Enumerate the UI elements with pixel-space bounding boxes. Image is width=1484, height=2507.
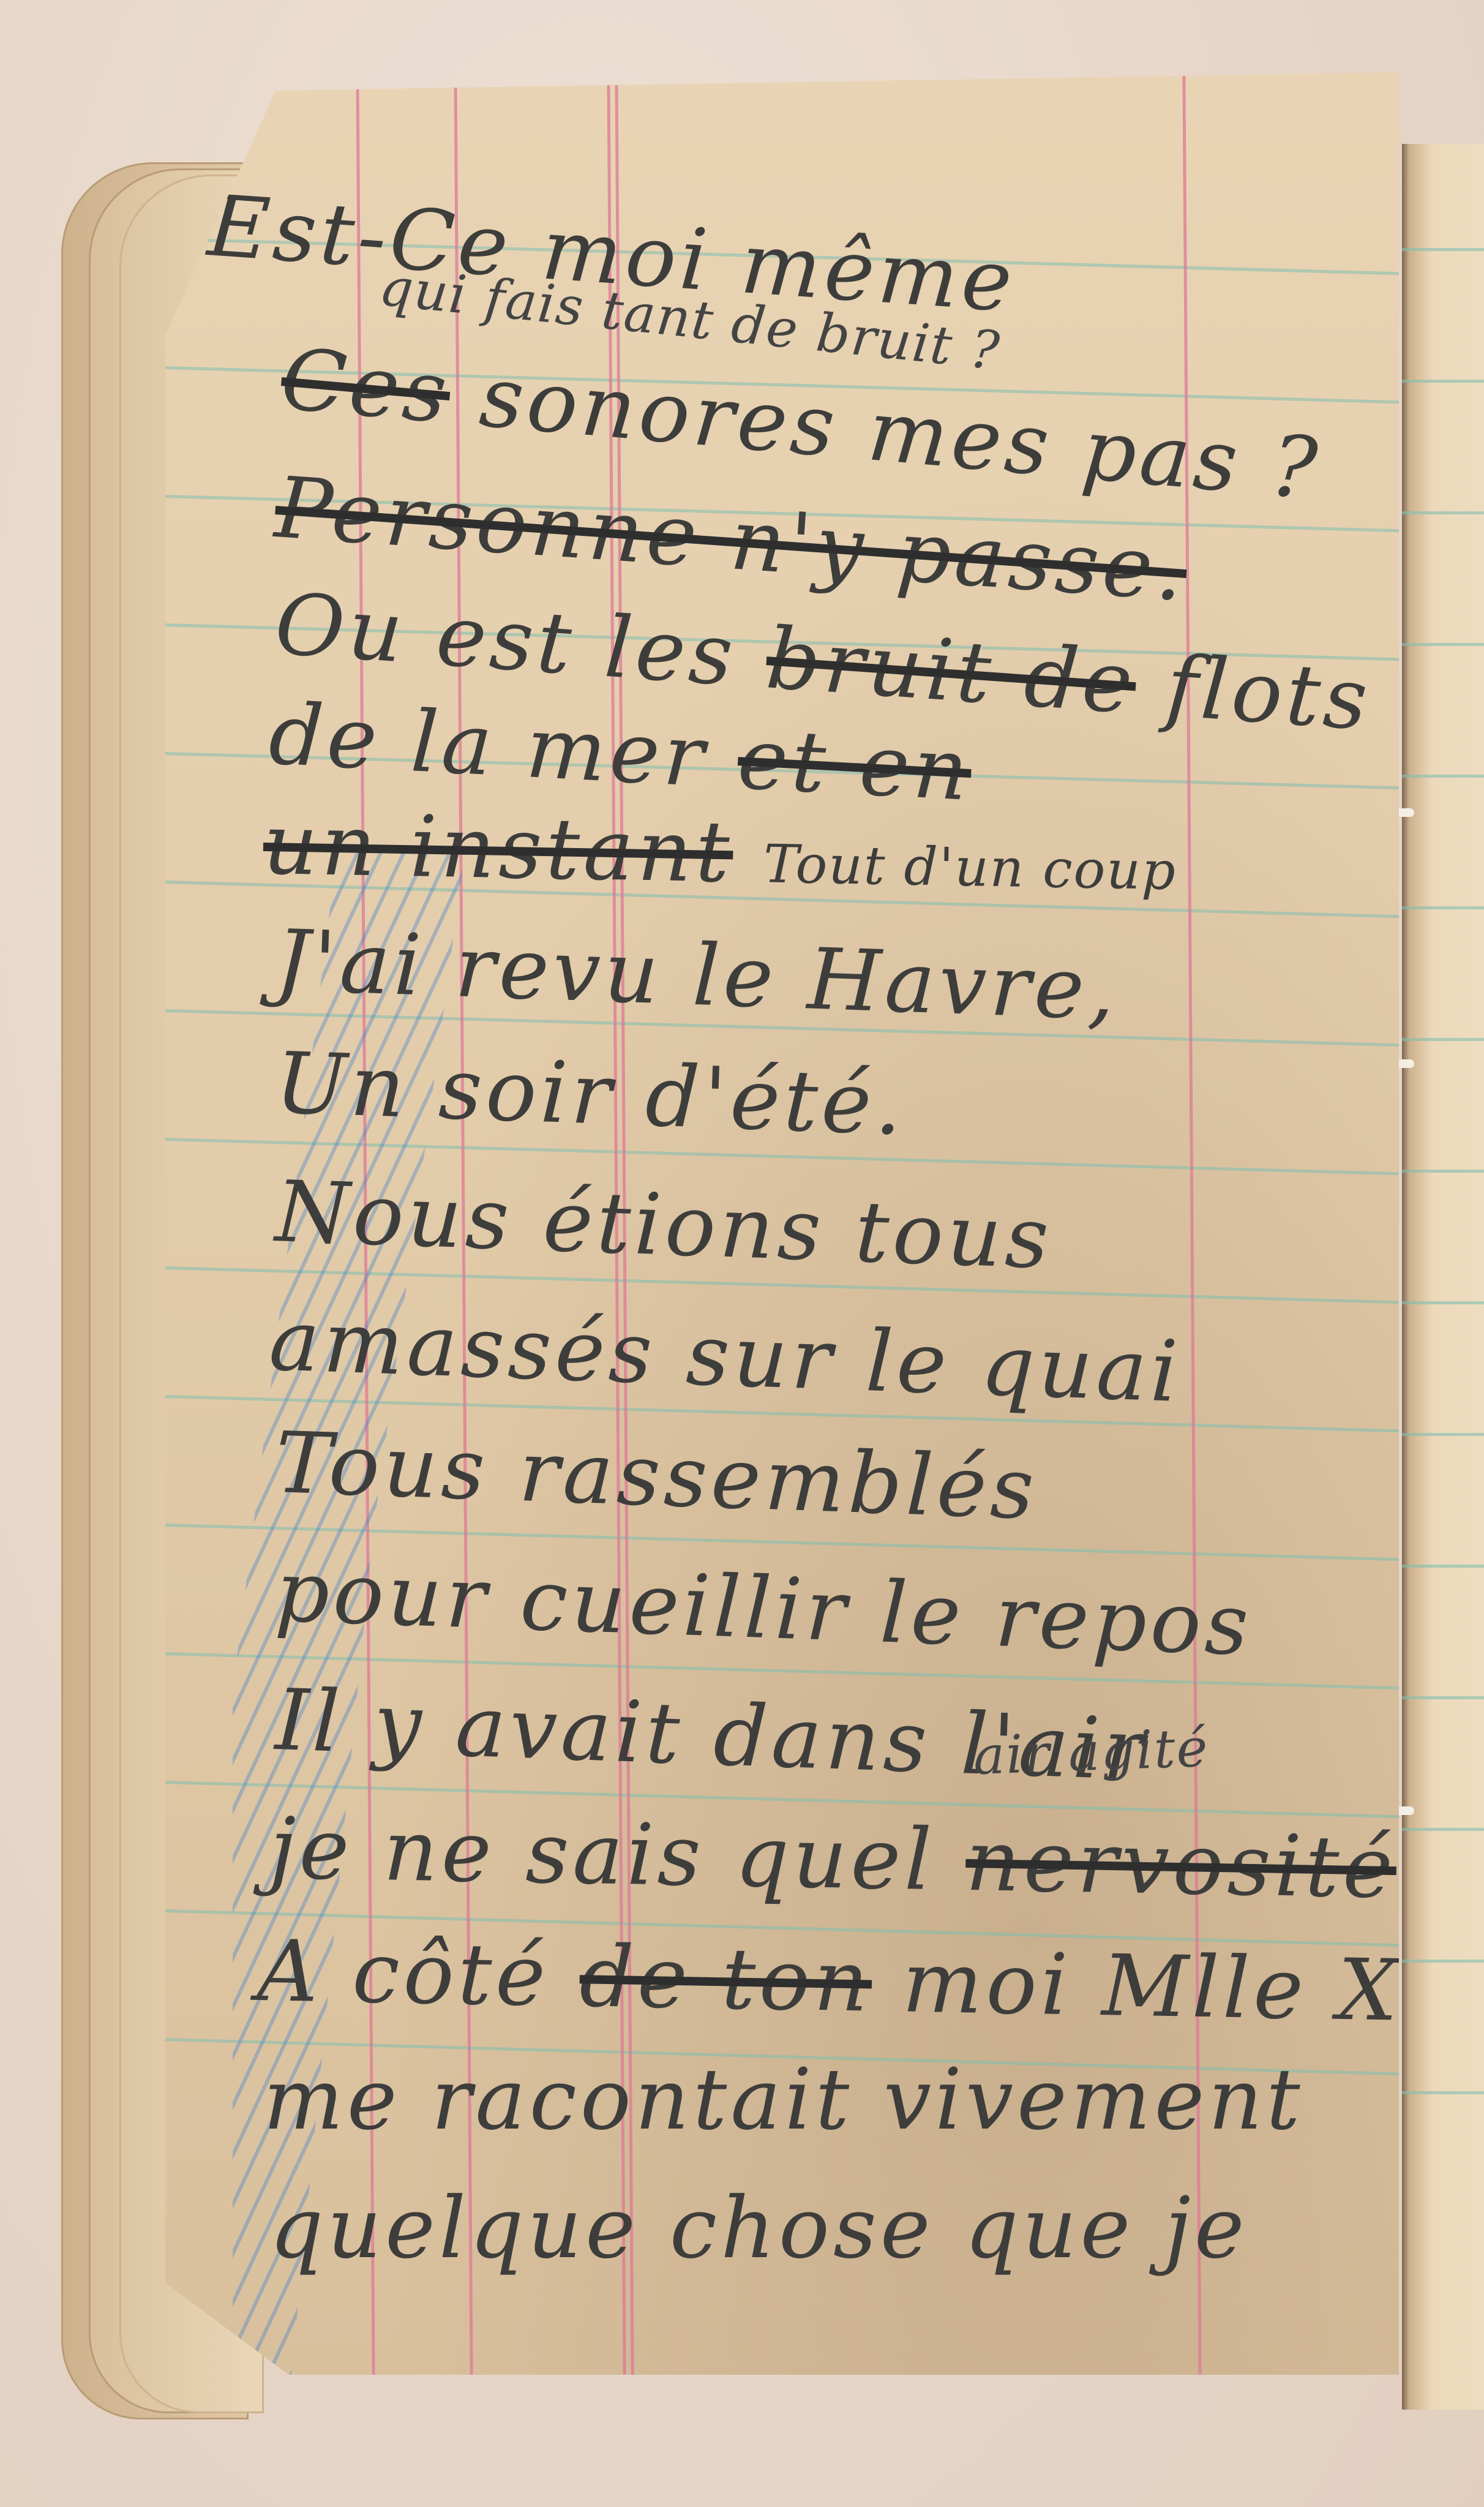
manuscript-line: pour cueillir le repos [274, 1542, 1254, 1675]
manuscript-line: Tous rassemblés [274, 1413, 1039, 1538]
facing-page [1402, 144, 1484, 2410]
notebook-page: Est-Ce moi même qui fais tant de bruit ?… [165, 72, 1399, 2375]
manuscript-line: un instant Tout d'un coup [263, 795, 1178, 909]
manuscript-line: je ne sais quel nervosité [269, 1799, 1398, 1917]
manuscript-line: A côté de ton moi Mlle X [257, 1922, 1399, 2040]
manuscript-line: me racontait vivement [263, 2050, 1304, 2149]
manuscript-line: quelque chose que je [269, 2179, 1248, 2277]
manuscript-insertion: air agité [972, 1718, 1210, 1787]
